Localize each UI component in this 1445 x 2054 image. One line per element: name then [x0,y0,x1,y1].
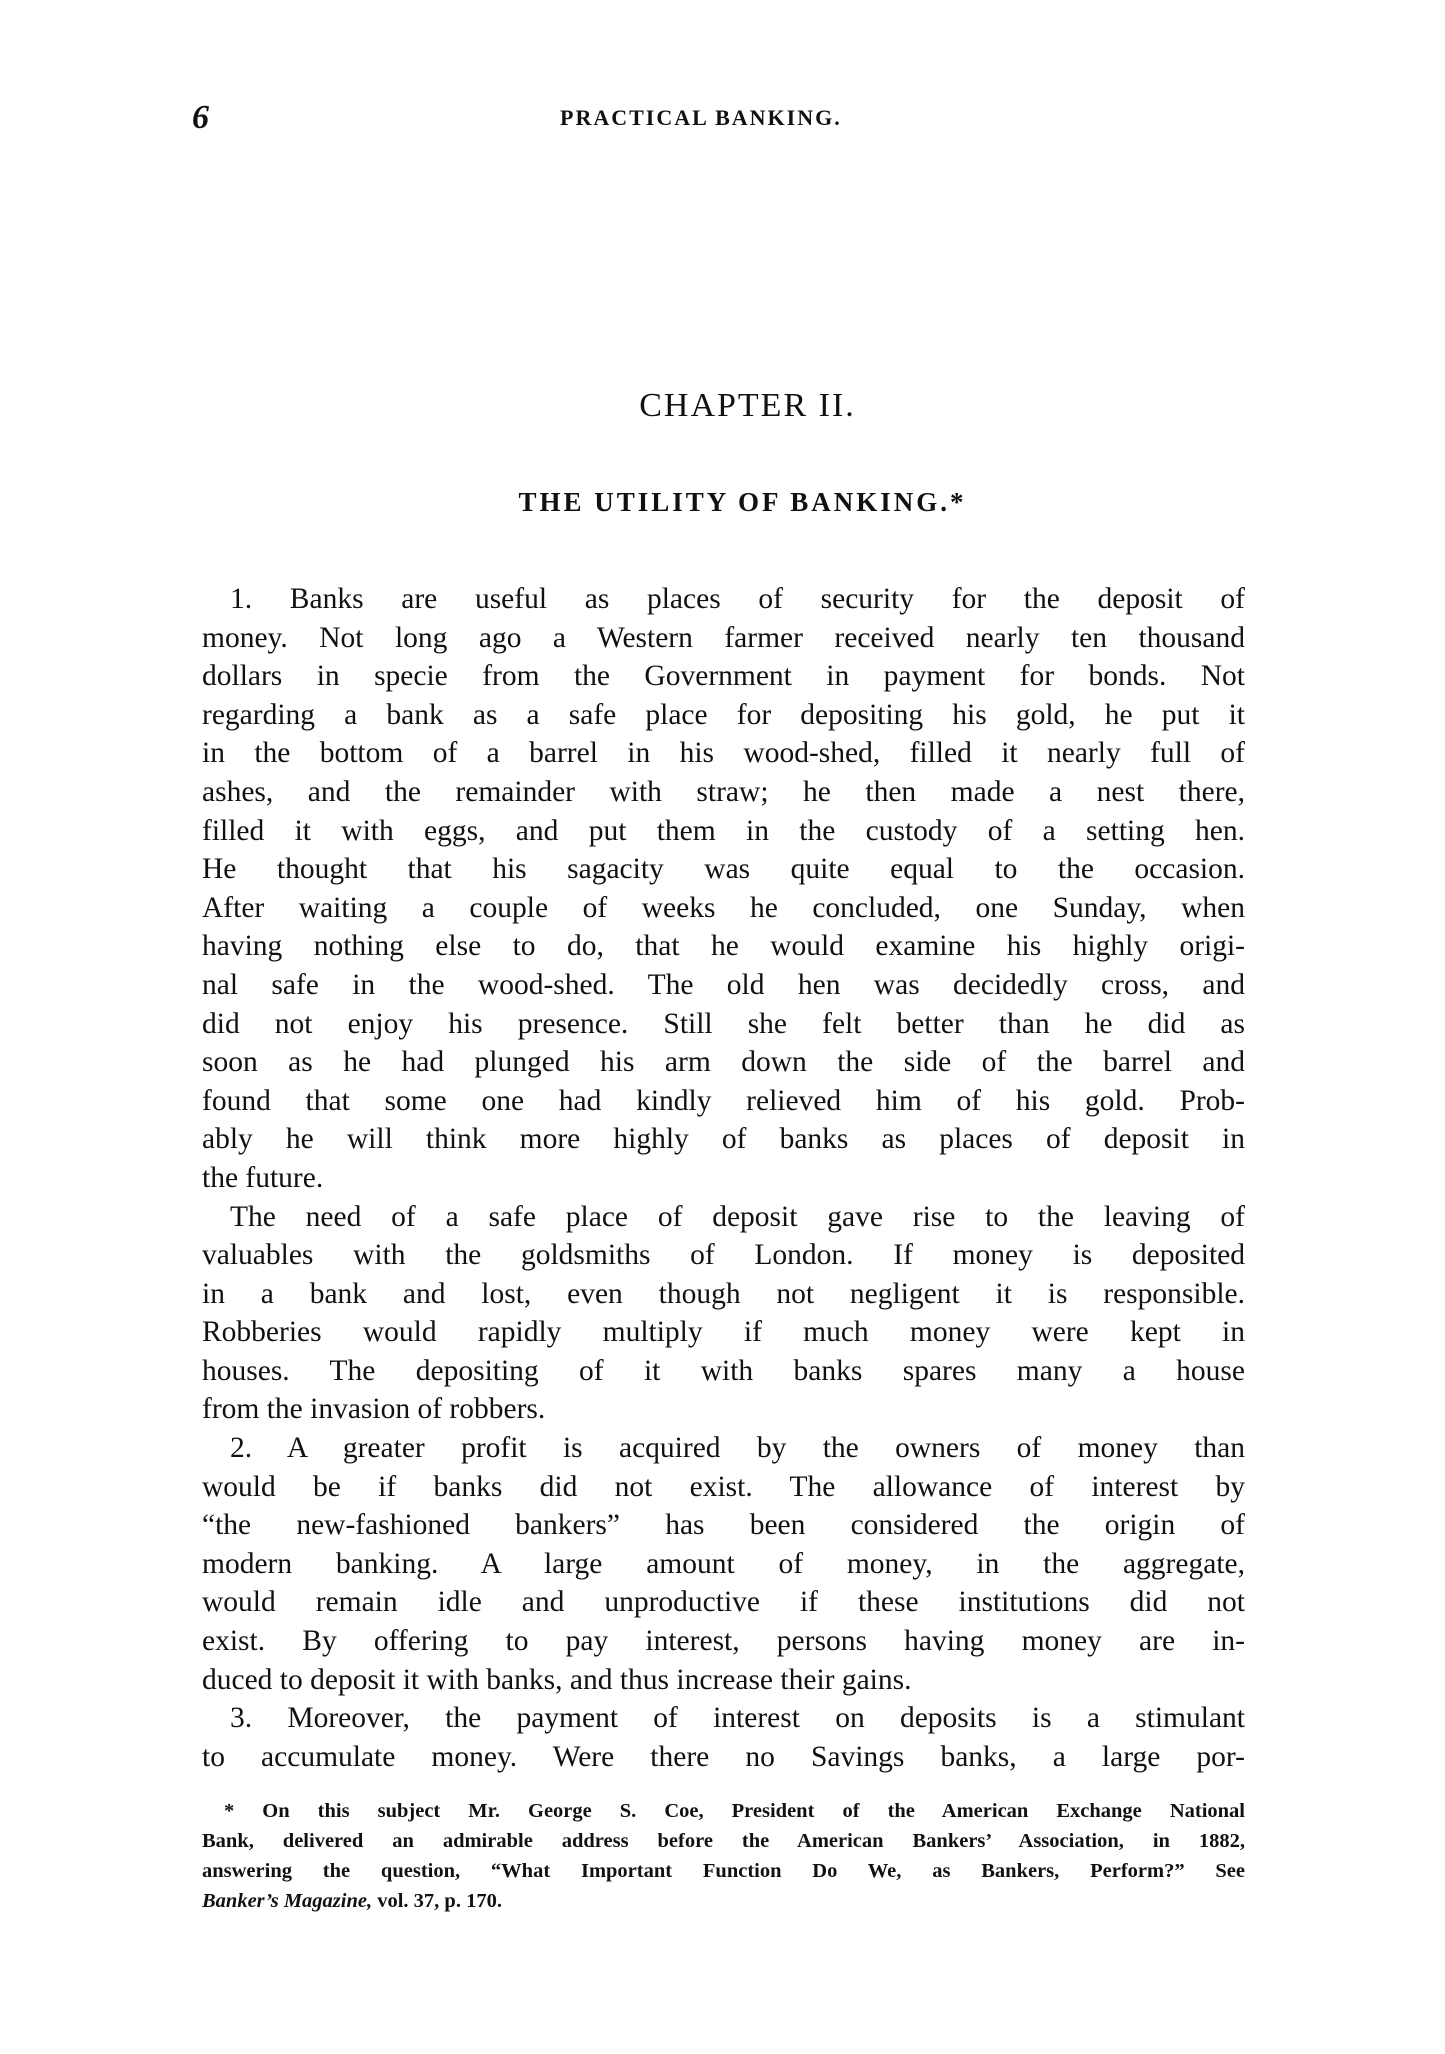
text-line: “the new-fashioned bankers” has been con… [202,1506,1245,1545]
body-text: 1. Banks are useful as places of securit… [202,580,1245,1776]
text-line: The need of a safe place of deposit gave… [202,1198,1245,1237]
book-page: 6 PRACTICAL BANKING. CHAPTER II. THE UTI… [0,0,1445,2054]
text-line: After waiting a couple of weeks he concl… [202,889,1245,928]
running-title: PRACTICAL BANKING. [560,102,842,134]
text-line: the future. [202,1159,1245,1198]
text-line: valuables with the goldsmiths of London.… [202,1236,1245,1275]
text-line: to accumulate money. Were there no Savin… [202,1738,1245,1777]
text-line: 3. Moreover, the payment of interest on … [202,1699,1245,1738]
text-line: did not enjoy his presence. Still she fe… [202,1005,1245,1044]
text-line: 2. A greater profit is acquired by the o… [202,1429,1245,1468]
text-line: would be if banks did not exist. The all… [202,1468,1245,1507]
footnote-line: * On this subject Mr. George S. Coe, Pre… [202,1796,1245,1826]
text-line: ably he will think more highly of banks … [202,1120,1245,1159]
page-number: 6 [192,98,209,138]
running-head: 6 PRACTICAL BANKING. [192,98,1252,138]
footnote-line: answering the question, “What Important … [202,1856,1245,1886]
text-line: in a bank and lost, even though not negl… [202,1275,1245,1314]
text-line: having nothing else to do, that he would… [202,927,1245,966]
text-line: would remain idle and unproductive if th… [202,1583,1245,1622]
text-line: 1. Banks are useful as places of securit… [202,580,1245,619]
paragraph-2: The need of a safe place of deposit gave… [202,1198,1245,1430]
text-line: Robberies would rapidly multiply if much… [202,1313,1245,1352]
text-line: money. Not long ago a Western farmer rec… [202,619,1245,658]
chapter-heading: CHAPTER II. [0,384,1445,428]
text-line: He thought that his sagacity was quite e… [202,850,1245,889]
text-line: houses. The depositing of it with banks … [202,1352,1245,1391]
text-line: from the invasion of robbers. [202,1390,1245,1429]
footnote-line-last: Banker’s Magazine, vol. 37, p. 170. [202,1886,1245,1916]
text-line: nal safe in the wood-shed. The old hen w… [202,966,1245,1005]
text-line: filled it with eggs, and put them in the… [202,812,1245,851]
text-line: dollars in specie from the Government in… [202,657,1245,696]
chapter-subtitle: THE UTILITY OF BANKING.* [0,484,1445,520]
footnote-citation-rest: vol. 37, p. 170. [372,1890,502,1912]
text-line: soon as he had plunged his arm down the … [202,1043,1245,1082]
paragraph-3: 2. A greater profit is acquired by the o… [202,1429,1245,1699]
footnote-citation-title: Banker’s Magazine, [202,1890,372,1912]
paragraph-1: 1. Banks are useful as places of securit… [202,580,1245,1198]
text-line: regarding a bank as a safe place for dep… [202,696,1245,735]
text-line: duced to deposit it with banks, and thus… [202,1661,1245,1700]
text-line: exist. By offering to pay interest, pers… [202,1622,1245,1661]
footnote-line: Bank, delivered an admirable address bef… [202,1826,1245,1856]
text-line: modern banking. A large amount of money,… [202,1545,1245,1584]
text-line: ashes, and the remainder with straw; he … [202,773,1245,812]
paragraph-4: 3. Moreover, the payment of interest on … [202,1699,1245,1776]
text-line: in the bottom of a barrel in his wood-sh… [202,734,1245,773]
text-line: found that some one had kindly relieved … [202,1082,1245,1121]
footnote: * On this subject Mr. George S. Coe, Pre… [202,1796,1245,1916]
